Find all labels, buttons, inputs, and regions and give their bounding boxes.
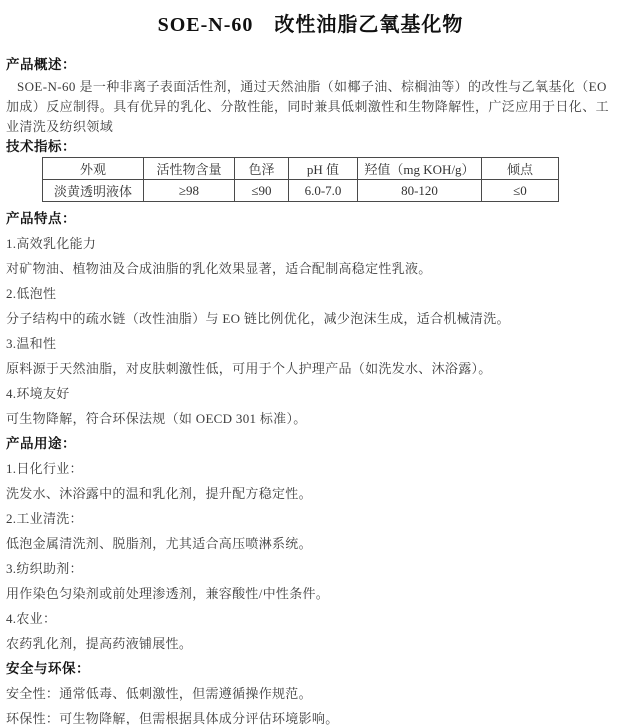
spec-header-hydroxyl-value: 羟值（mg KOH/g） — [358, 158, 482, 180]
feature-item-title: 1.高效乳化能力 — [6, 231, 615, 256]
application-item-desc: 洗发水、沐浴露中的温和乳化剂，提升配方稳定性。 — [6, 481, 615, 506]
spec-value-active-content: ≥98 — [144, 180, 235, 202]
feature-item-desc: 对矿物油、植物油及合成油脂的乳化效果显著，适合配制高稳定性乳液。 — [6, 256, 615, 281]
spec-header-active-content: 活性物含量 — [144, 158, 235, 180]
overview-heading: 产品概述： — [6, 52, 615, 77]
specs-table-header-row: 外观 活性物含量 色泽 pH 值 羟值（mg KOH/g） 倾点 — [43, 158, 559, 180]
specs-table-value-row: 淡黄透明液体 ≥98 ≤90 6.0-7.0 80-120 ≤0 — [43, 180, 559, 202]
applications-heading: 产品用途： — [6, 431, 615, 456]
document-page: SOE-N-60 改性油脂乙氧基化物 产品概述： SOE-N-60 是一种非离子… — [0, 0, 622, 725]
spec-value-color: ≤90 — [235, 180, 289, 202]
feature-item-desc: 可生物降解，符合环保法规（如 OECD 301 标准）。 — [6, 406, 615, 431]
spec-value-pour-point: ≤0 — [482, 180, 559, 202]
spec-header-color: 色泽 — [235, 158, 289, 180]
feature-item: 3.温和性 原料源于天然油脂，对皮肤刺激性低，可用于个人护理产品（如洗发水、沐浴… — [6, 331, 615, 381]
application-item-title: 2.工业清洗： — [6, 506, 615, 531]
application-item-desc: 农药乳化剂，提高药液铺展性。 — [6, 631, 615, 656]
safety-line: 环保性：可生物降解，但需根据具体成分评估环境影响。 — [6, 706, 615, 725]
application-item-desc: 低泡金属清洗剂、脱脂剂，尤其适合高压喷淋系统。 — [6, 531, 615, 556]
application-item: 4.农业： 农药乳化剂，提高药液铺展性。 — [6, 606, 615, 656]
safety-heading: 安全与环保： — [6, 656, 615, 681]
feature-item: 2.低泡性 分子结构中的疏水链（改性油脂）与 EO 链比例优化，减少泡沫生成，适… — [6, 281, 615, 331]
feature-item-desc: 原料源于天然油脂，对皮肤刺激性低，可用于个人护理产品（如洗发水、沐浴露）。 — [6, 356, 615, 381]
feature-item: 4.环境友好 可生物降解，符合环保法规（如 OECD 301 标准）。 — [6, 381, 615, 431]
feature-item-title: 3.温和性 — [6, 331, 615, 356]
application-item: 1.日化行业： 洗发水、沐浴露中的温和乳化剂，提升配方稳定性。 — [6, 456, 615, 506]
spec-header-ph: pH 值 — [289, 158, 358, 180]
features-heading: 产品特点： — [6, 206, 615, 231]
application-item-title: 4.农业： — [6, 606, 615, 631]
application-item-title: 3.纺织助剂： — [6, 556, 615, 581]
application-item-title: 1.日化行业： — [6, 456, 615, 481]
feature-item-title: 4.环境友好 — [6, 381, 615, 406]
page-title: SOE-N-60 改性油脂乙氧基化物 — [6, 12, 615, 38]
spec-value-ph: 6.0-7.0 — [289, 180, 358, 202]
spec-value-appearance: 淡黄透明液体 — [43, 180, 144, 202]
application-item: 2.工业清洗： 低泡金属清洗剂、脱脂剂，尤其适合高压喷淋系统。 — [6, 506, 615, 556]
application-item-desc: 用作染色匀染剂或前处理渗透剂，兼容酸性/中性条件。 — [6, 581, 615, 606]
spec-header-appearance: 外观 — [43, 158, 144, 180]
application-item: 3.纺织助剂： 用作染色匀染剂或前处理渗透剂，兼容酸性/中性条件。 — [6, 556, 615, 606]
safety-line: 安全性：通常低毒、低刺激性，但需遵循操作规范。 — [6, 681, 615, 706]
spec-value-hydroxyl-value: 80-120 — [358, 180, 482, 202]
feature-item-desc: 分子结构中的疏水链（改性油脂）与 EO 链比例优化，减少泡沫生成，适合机械清洗。 — [6, 306, 615, 331]
spec-header-pour-point: 倾点 — [482, 158, 559, 180]
document-body: 产品特点： 1.高效乳化能力 对矿物油、植物油及合成油脂的乳化效果显著，适合配制… — [6, 206, 615, 725]
feature-item-title: 2.低泡性 — [6, 281, 615, 306]
overview-paragraph: SOE-N-60 是一种非离子表面活性剂，通过天然油脂（如椰子油、棕榈油等）的改… — [6, 77, 615, 137]
specs-table: 外观 活性物含量 色泽 pH 值 羟值（mg KOH/g） 倾点 淡黄透明液体 … — [42, 157, 559, 202]
specs-heading: 技术指标： — [6, 137, 615, 157]
feature-item: 1.高效乳化能力 对矿物油、植物油及合成油脂的乳化效果显著，适合配制高稳定性乳液… — [6, 231, 615, 281]
